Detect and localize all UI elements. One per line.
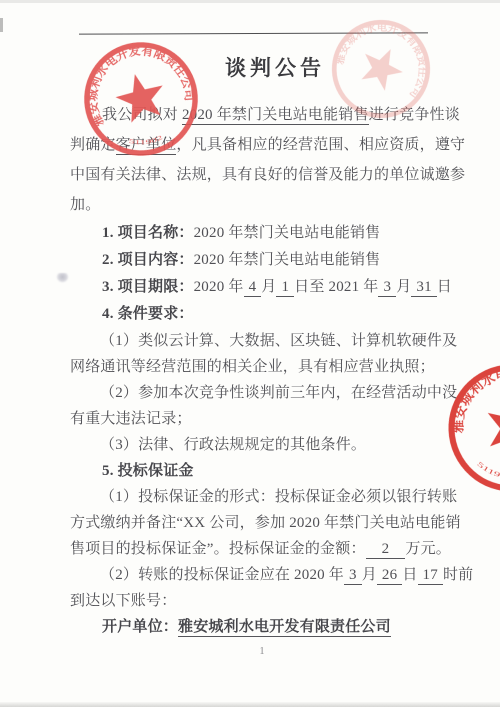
text-segment: 万元。 [405,541,451,557]
scan-speck [0,18,3,32]
scanned-document-page: 谈判公告 我公司拟对 2020 年禁门关电站电能销售进行竞争性谈 判确定客户单位… [0,0,500,707]
underlined-date: 17 [418,567,443,585]
item-value: 2020 年禁门关电站电能销售 [194,252,381,268]
text-segment: （2）转账的投标保证金应在 2020 年 [100,567,344,583]
bank-company-name: 雅安城利水电开发有限责任公司 [178,619,391,637]
item-project-term: 3. 项目期限：2020 年4月1日至 2021 年3月31日 [70,274,446,301]
item-conditions: 4. 条件要求： [70,301,446,328]
text-line: （2）参加本次竞争性谈判前三年内，在经营活动中没 [70,380,446,406]
scan-edge-top [0,0,500,3]
text-line: 方式缴纳并备注“XX 公司，参加 2020 年禁门关电站电能销 [70,510,446,536]
item-value: 2020 年 [194,279,244,295]
item-project-name: 1. 项目名称：2020 年禁门关电站电能销售 [70,220,446,247]
text-segment: 时前 [443,567,473,583]
item-label: 5. 投标保证金 [102,463,194,479]
underlined-text: 2020 年禁门关电站电能销售 [182,107,369,125]
document-body: 我公司拟对 2020 年禁门关电站电能销售进行竞争性谈 判确定客户单位，凡具备相… [70,100,446,640]
text-line: 有重大违法记录； [70,406,446,432]
numbered-items: 1. 项目名称：2020 年禁门关电站电能销售 2. 项目内容：2020 年禁门… [70,220,446,328]
text-segment: ，凡具备相应的经营范围、相应资质，遵守 [176,137,465,153]
underlined-date: 4 [244,279,262,297]
text-line: （1）投标保证金的形式：投标保证金必须以银行转账 [70,484,446,510]
text-line: 到达以下账号： [70,588,446,614]
item-label: 1. 项目名称： [102,225,194,241]
pencil-mark [56,273,69,283]
bank-account-line: 开户单位：雅安城利水电开发有限责任公司 [70,614,446,640]
text-segment: 日 [402,567,417,583]
text-line: 加。 [70,190,446,220]
text-segment: 月 [362,567,377,583]
condition-sections: （1）类似云计算、大数据、区块链、计算机软硬件及 网络通讯等经营范围的相关企业，… [70,328,446,640]
text-line: 网络通讯等经营范围的相关企业，具有相应营业执照； [70,354,446,380]
item-value: 月 [261,279,276,295]
item-label: 3. 项目期限： [102,279,194,295]
item-label: 4. 条件要求： [102,306,194,322]
text-line: 售项目的投标保证金”。投标保证金的金额：2万元。 [70,536,446,562]
item-value: 日 [437,279,452,295]
underlined-date: 3 [344,567,362,585]
star-icon [111,68,169,125]
star-icon [354,40,409,94]
text-line: （1）类似云计算、大数据、区块链、计算机软硬件及 [70,328,446,354]
item-project-content: 2. 项目内容：2020 年禁门关电站电能销售 [70,247,446,274]
underlined-date: 1 [276,279,294,297]
scan-edge-bottom [0,702,500,707]
text-line: （2）转账的投标保证金应在 2020 年3月26日17时前 [70,562,446,588]
underlined-date: 26 [377,567,402,585]
item-value: 2020 年禁门关电站电能销售 [194,225,381,241]
underlined-amount: 2 [366,541,406,559]
underlined-date: 3 [378,279,396,297]
item-value: 月 [396,279,411,295]
text-line: 中国有关法律、法规，具有良好的信誉及能力的单位诚邀参 [70,160,446,190]
star-icon [480,394,500,457]
text-segment: 售项目的投标保证金”。投标保证金的金额： [70,541,366,557]
bank-label: 开户单位： [102,619,178,635]
item-label: 2. 项目内容： [102,252,194,268]
item-value: 日至 2021 年 [294,279,378,295]
underlined-date: 31 [411,279,436,297]
text-line: （3）法律、行政法规规定的其他条件。 [70,432,446,458]
page-number: 1 [12,646,500,657]
